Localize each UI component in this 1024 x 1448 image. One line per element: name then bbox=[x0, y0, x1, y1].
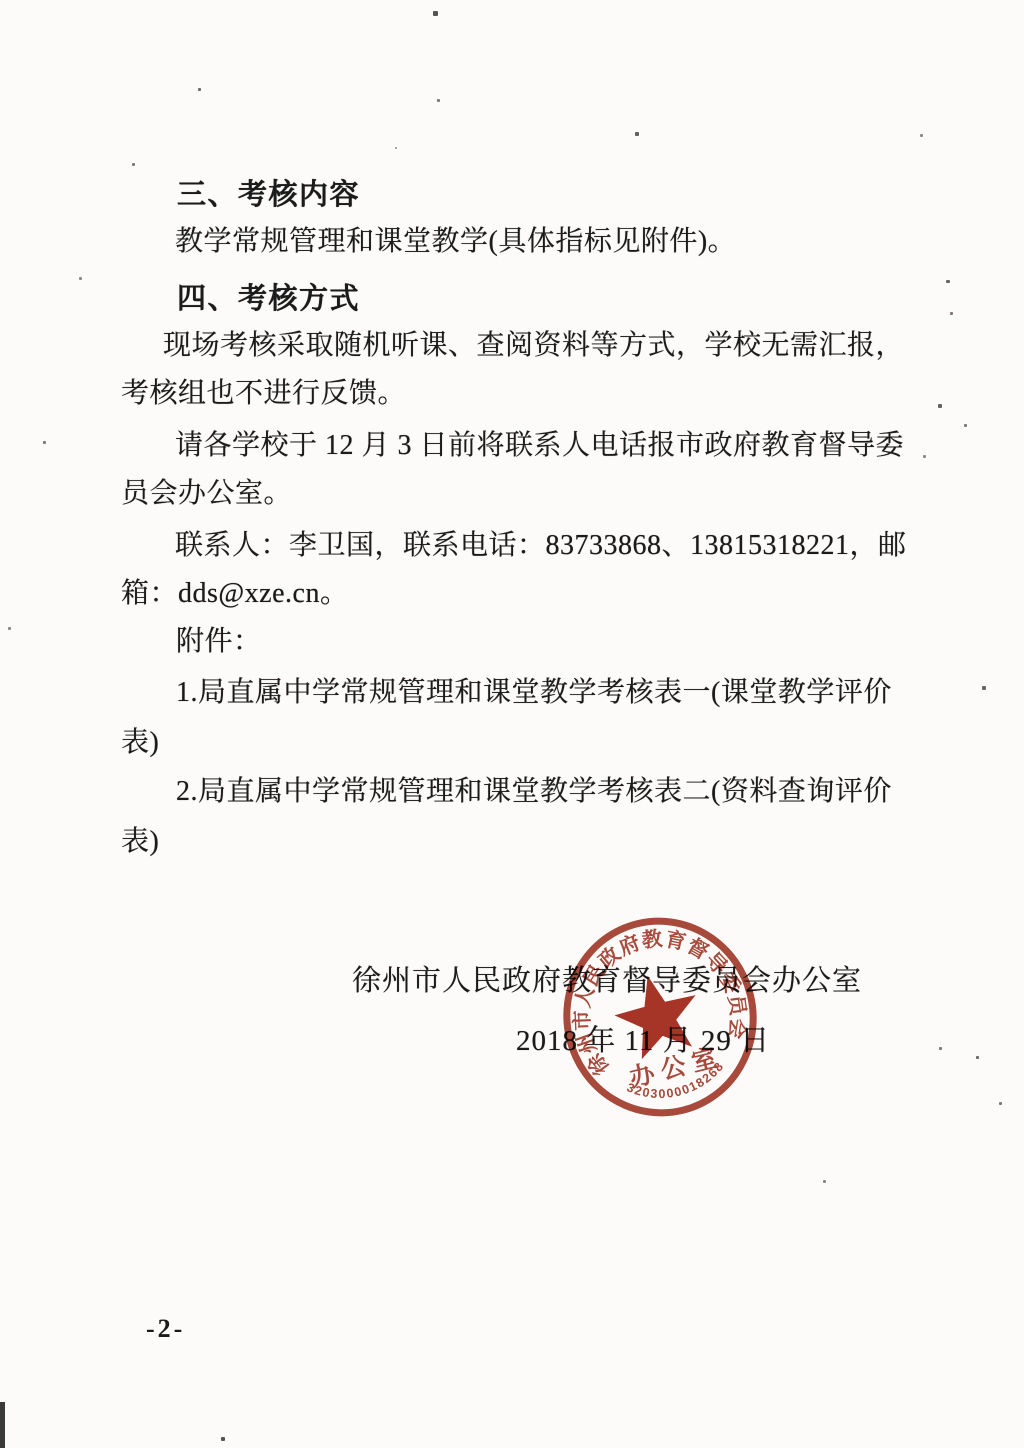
official-seal-stamp: 徐州市人民政府教育督导委员会 办公室 3203000018268 bbox=[550, 900, 770, 1135]
scan-speck bbox=[79, 277, 82, 280]
scan-edge-artifact bbox=[0, 1402, 5, 1448]
para-contact-line-1: 联系人：李卫国，联系电话：83733868、13815318221，邮 bbox=[175, 528, 907, 563]
para-contact-line-2: 箱：dds@xze.cn。 bbox=[121, 576, 348, 611]
scan-speck bbox=[999, 1102, 1002, 1105]
scan-speck bbox=[823, 1180, 826, 1183]
attachment-1-line-1: 1.局直属中学常规管理和课堂教学考核表一(课堂教学评价 bbox=[176, 675, 892, 710]
scan-speck bbox=[198, 88, 201, 91]
scan-speck bbox=[976, 1056, 979, 1059]
scan-speck bbox=[923, 455, 926, 458]
scan-speck bbox=[8, 627, 11, 630]
para-deadline-line-1: 请各学校于 12 月 3 日前将联系人电话报市政府教育督导委 bbox=[175, 428, 904, 463]
heading-section-3: 三、考核内容 bbox=[177, 177, 360, 213]
heading-section-4: 四、考核方式 bbox=[177, 281, 360, 317]
scan-speck bbox=[433, 11, 438, 16]
scanned-document-page: 三、考核内容 教学常规管理和课堂教学(具体指标见附件)。 四、考核方式 现场考核… bbox=[0, 0, 1024, 1448]
attachment-label: 附件： bbox=[176, 624, 262, 659]
attachment-2-line-2: 表) bbox=[121, 824, 159, 859]
attachment-1-line-2: 表) bbox=[121, 725, 159, 760]
scan-speck bbox=[395, 147, 397, 149]
para-deadline-line-2: 员会办公室。 bbox=[121, 476, 292, 511]
scan-speck bbox=[950, 312, 953, 315]
para-assessment-content: 教学常规管理和课堂教学(具体指标见附件)。 bbox=[175, 224, 736, 259]
scan-speck bbox=[946, 280, 950, 283]
scan-speck bbox=[437, 99, 440, 102]
page-number: -2- bbox=[146, 1314, 185, 1344]
para-method-line-1: 现场考核采取随机听课、查阅资料等方式，学校无需汇报， bbox=[163, 328, 904, 363]
para-method-line-2: 考核组也不进行反馈。 bbox=[121, 376, 406, 411]
scan-speck bbox=[938, 404, 942, 408]
scan-speck bbox=[221, 1437, 225, 1441]
scan-speck bbox=[939, 1047, 942, 1050]
scan-speck bbox=[920, 134, 923, 137]
attachment-2-line-1: 2.局直属中学常规管理和课堂教学考核表二(资料查询评价 bbox=[176, 774, 892, 809]
scan-speck bbox=[982, 686, 986, 690]
scan-speck bbox=[43, 441, 46, 444]
scan-speck bbox=[964, 424, 967, 427]
scan-speck bbox=[635, 132, 639, 136]
scan-speck bbox=[132, 163, 135, 166]
